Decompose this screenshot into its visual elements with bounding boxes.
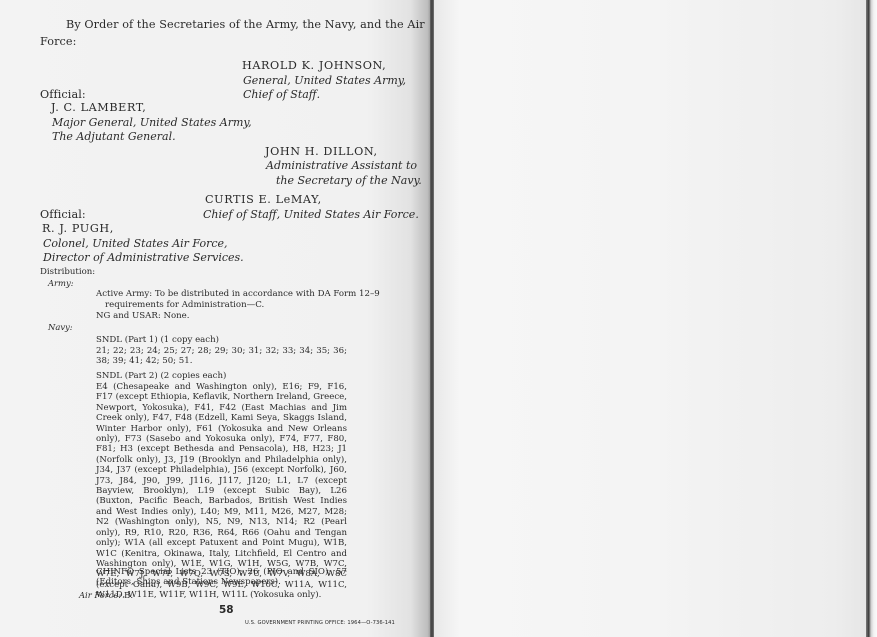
navy-signatory-name: JOHN H. DILLON, (265, 145, 378, 158)
air-force-official-title-2: Director of Administrative Services. (43, 251, 244, 264)
army-signatory-title-2: Chief of Staff. (243, 88, 320, 101)
army-signatory-title-1: General, United States Army, (243, 74, 406, 87)
chinfo-list: CHINFO Special Lists 23 (TIO); 26 (PIO a… (96, 567, 347, 588)
sndl-part2-heading: SNDL (Part 2) (2 copies each) (96, 371, 226, 381)
army-official-label: Official: (40, 88, 86, 101)
navy-signatory-title-1: Administrative Assistant to (266, 159, 417, 172)
order-line-2: Force: (40, 35, 77, 48)
ng-usar-line: NG and USAR: None. (96, 311, 190, 321)
air-force-signatory-title-1: Chief of Staff, United States Air Force. (203, 208, 419, 221)
air-force-official-label: Official: (40, 208, 86, 221)
distribution-heading: Distribution: (40, 267, 95, 277)
left-page: By Order of the Secretaries of the Army,… (0, 0, 432, 637)
army-signatory-name: HAROLD K. JOHNSON, (242, 59, 386, 72)
army-official-title-2: The Adjutant General. (52, 130, 176, 143)
air-force-distribution-label: Air Force: (79, 590, 121, 600)
air-force-distribution-value: B. (124, 591, 133, 601)
army-official-title-1: Major General, United States Army, (52, 116, 252, 129)
active-army-line-1: Active Army: To be distributed in accord… (96, 289, 380, 299)
army-official-name: J. C. LAMBERT, (51, 101, 146, 114)
printing-office-line: U.S. GOVERNMENT PRINTING OFFICE: 1964—O-… (245, 620, 395, 626)
active-army-line-2: requirements for Administration—C. (105, 300, 264, 310)
page-edge (866, 0, 877, 637)
distribution-navy-label: Navy: (48, 322, 73, 332)
air-force-official-title-1: Colonel, United States Air Force, (43, 237, 228, 250)
distribution-army-label: Army: (48, 278, 74, 288)
air-force-signatory-name: CURTIS E. LeMAY, (205, 193, 322, 206)
sndl-part1-heading: SNDL (Part 1) (1 copy each) (96, 335, 219, 345)
order-line-1: By Order of the Secretaries of the Army,… (66, 18, 425, 31)
page-number: 58 (219, 604, 234, 616)
sndl-part1-list: 21; 22; 23; 24; 25; 27; 28; 29; 30; 31; … (96, 346, 347, 367)
right-page-blank (434, 0, 870, 637)
air-force-distribution: Air Force: B. (79, 590, 133, 601)
sndl-part1-text: 21; 22; 23; 24; 25; 27; 28; 29; 30; 31; … (96, 346, 347, 367)
chinfo-text: CHINFO Special Lists 23 (TIO); 26 (PIO a… (96, 567, 347, 588)
navy-signatory-title-2: the Secretary of the Navy. (276, 174, 422, 187)
air-force-official-name: R. J. PUGH, (42, 222, 114, 235)
